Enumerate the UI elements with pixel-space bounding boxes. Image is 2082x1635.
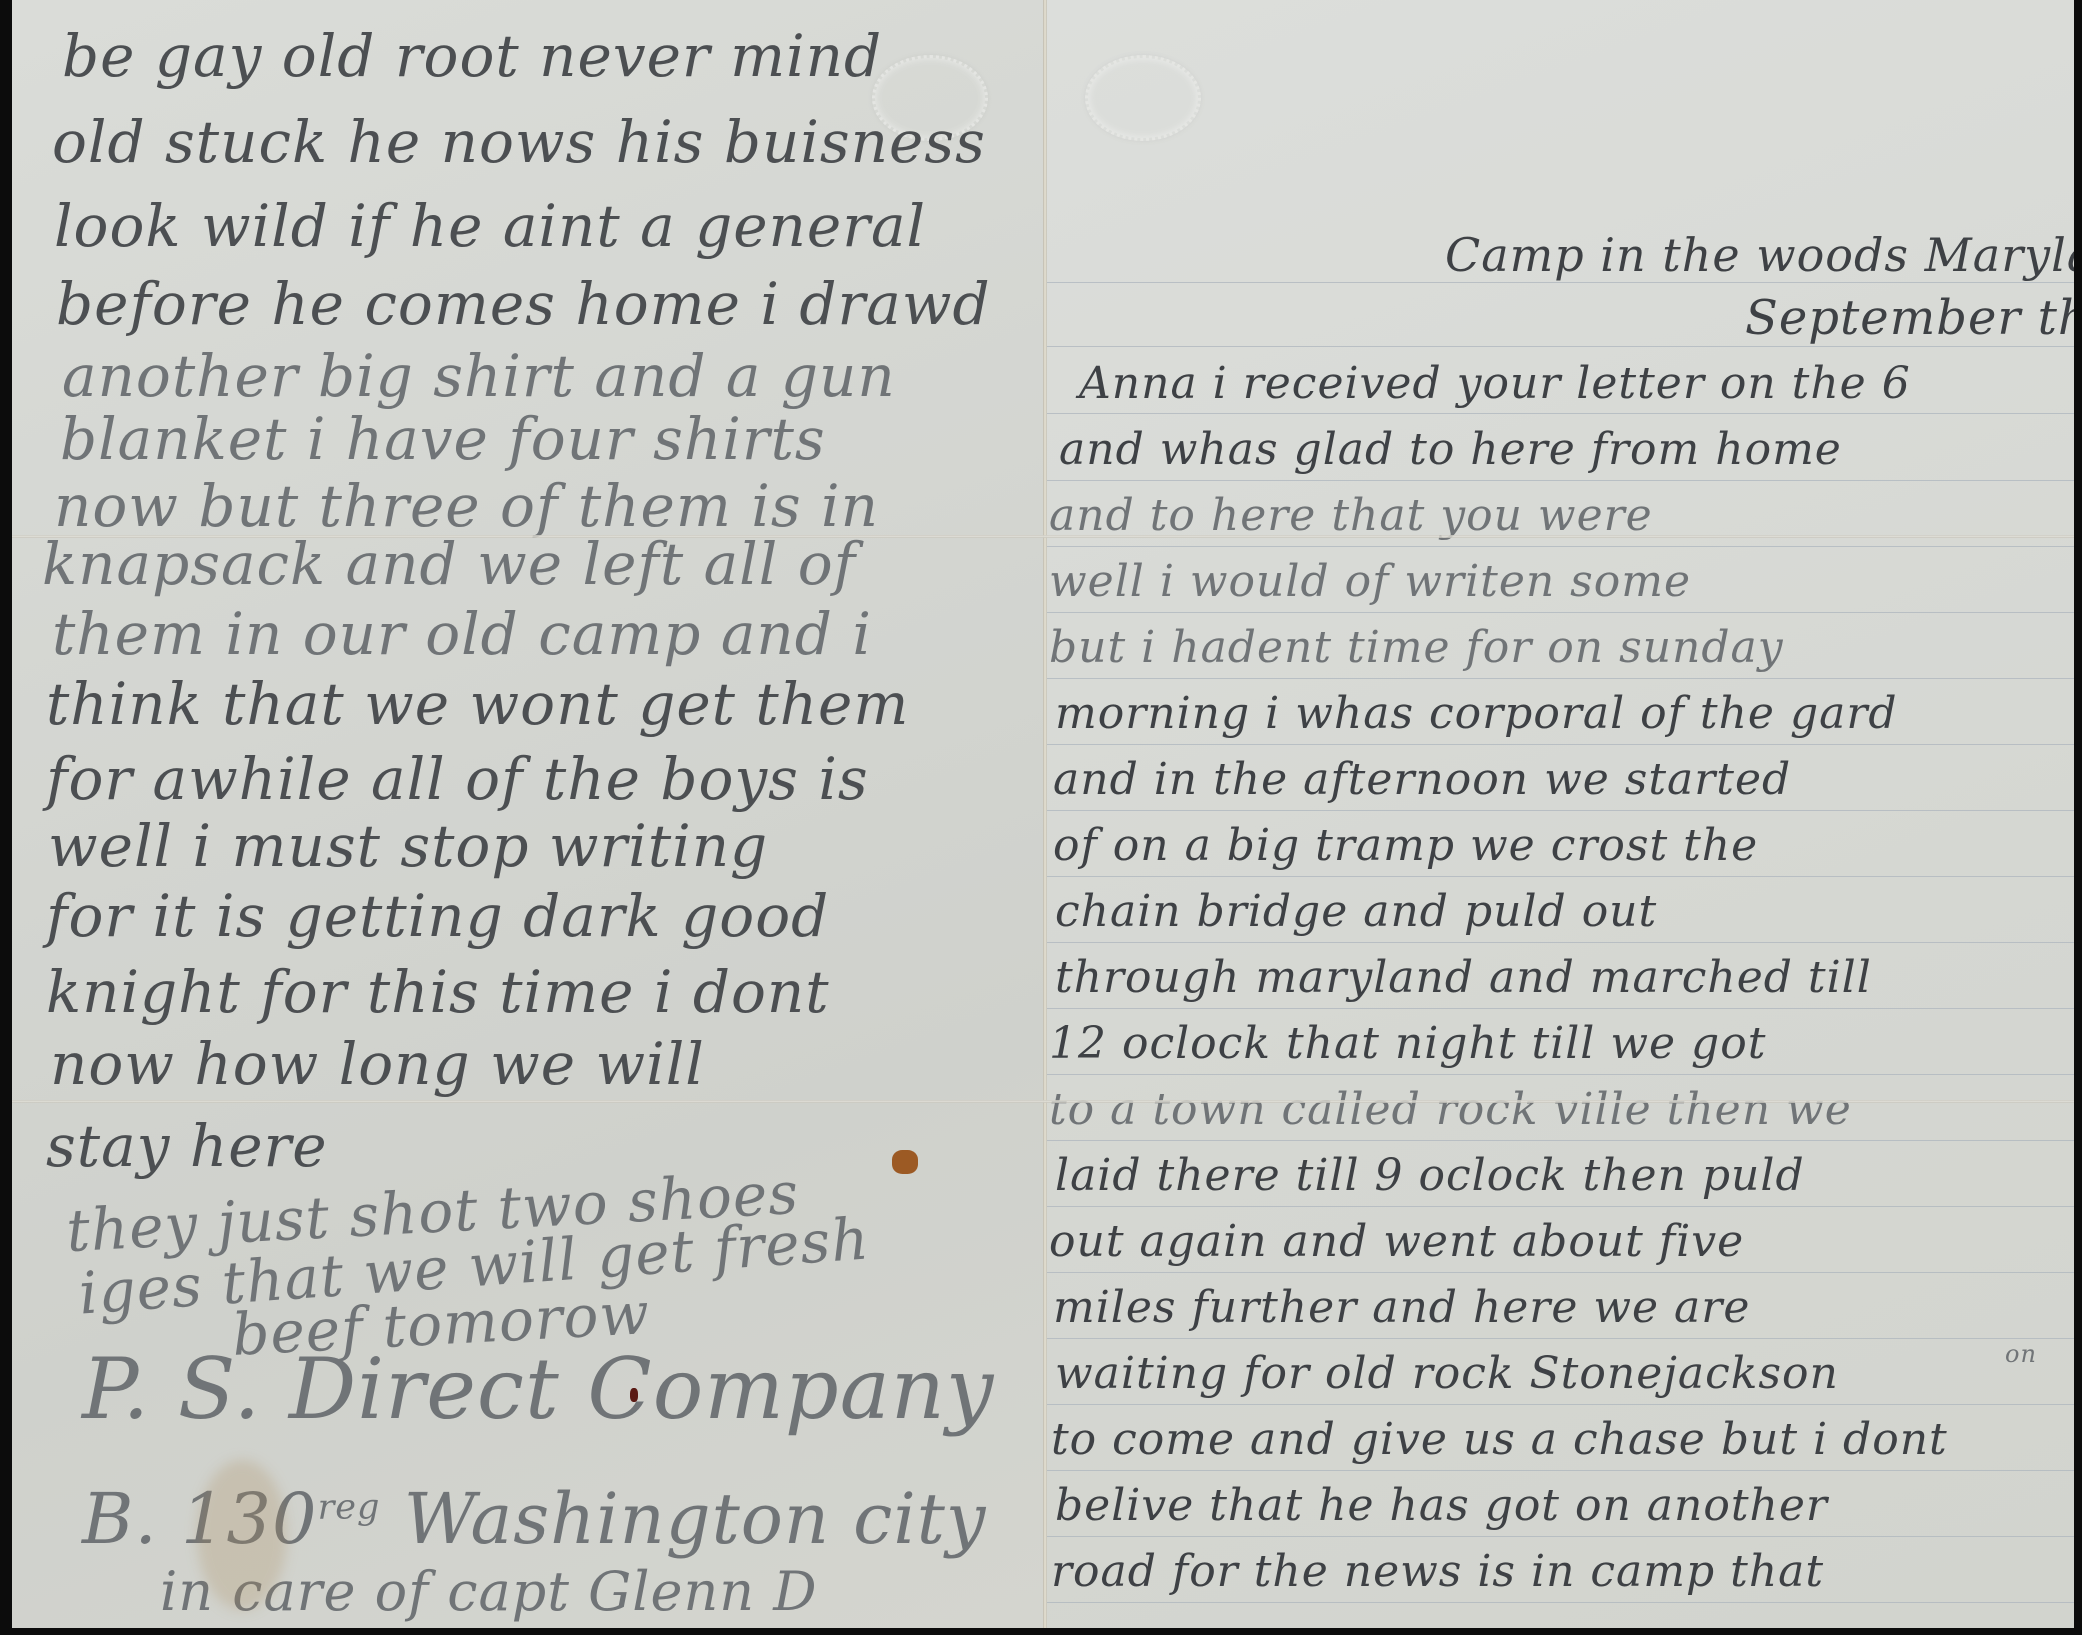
horizontal-fold-lower bbox=[12, 1100, 2074, 1103]
right-line-4: well i would of writen some bbox=[1049, 556, 1691, 607]
right-line-19: road for the news is in camp that bbox=[1051, 1546, 1824, 1597]
right-line-10: through maryland and marched till bbox=[1055, 952, 1872, 1003]
right-line-9: chain bridge and puld out bbox=[1055, 886, 1657, 937]
left-line-8: knapsack and we left all of bbox=[42, 530, 856, 598]
rule-line bbox=[1045, 1602, 2074, 1603]
letter-sheet: be gay old root never mind old stuck he … bbox=[12, 0, 2074, 1628]
right-line-16: waiting for old rock Stonejackson bbox=[1055, 1348, 1839, 1399]
letter-place-heading: Camp in the woods Maryland bbox=[1445, 228, 2074, 282]
right-line-7: and in the afternoon we started bbox=[1053, 754, 1791, 805]
rule-line bbox=[1045, 942, 2074, 943]
rule-line bbox=[1045, 744, 2074, 745]
address-regiment-sup: reg bbox=[318, 1488, 381, 1528]
address-city: Washington city bbox=[404, 1478, 987, 1560]
right-line-2: and whas glad to here from home bbox=[1059, 424, 1842, 475]
rule-line bbox=[1045, 1140, 2074, 1141]
left-line-10: think that we wont get them bbox=[46, 670, 909, 738]
left-line-12: well i must stop writing bbox=[48, 812, 768, 880]
rule-line bbox=[1045, 810, 2074, 811]
rule-line bbox=[1045, 612, 2074, 613]
horizontal-fold-upper bbox=[12, 535, 2074, 538]
rule-line bbox=[1045, 1074, 2074, 1075]
right-page: Camp in the woods Maryland September the… bbox=[1045, 0, 2074, 1628]
left-line-9: them in our old camp and i bbox=[52, 600, 872, 668]
right-line-3: and to here that you were bbox=[1049, 490, 1653, 541]
embossed-seal-right bbox=[1085, 55, 1201, 141]
ink-dot bbox=[630, 1388, 638, 1402]
letter-date: September the 9th bbox=[1745, 290, 2074, 346]
rule-line bbox=[1045, 413, 2074, 414]
rule-line bbox=[1045, 346, 2074, 347]
left-line-1: be gay old root never mind bbox=[62, 22, 882, 90]
right-line-18: belive that he has got on another bbox=[1055, 1480, 1828, 1531]
rule-line bbox=[1045, 1470, 2074, 1471]
address-line-1: P. S. Direct Company bbox=[82, 1340, 994, 1438]
right-line-8: of on a big tramp we crost the bbox=[1053, 820, 1758, 871]
water-stain bbox=[197, 1460, 287, 1610]
rule-line bbox=[1045, 546, 2074, 547]
ink-stain bbox=[892, 1150, 918, 1174]
rule-line bbox=[1045, 480, 2074, 481]
right-line-13: laid there till 9 oclock then puld bbox=[1055, 1150, 1805, 1201]
left-line-5: another big shirt and a gun bbox=[62, 342, 896, 410]
inserted-word: on bbox=[2005, 1340, 2037, 1368]
right-line-15: miles further and here we are bbox=[1053, 1282, 1750, 1333]
left-line-6: blanket i have four shirts bbox=[60, 405, 826, 473]
left-line-11: for awhile all of the boys is bbox=[46, 745, 869, 813]
left-line-16: stay here bbox=[46, 1112, 328, 1180]
left-line-13: for it is getting dark good bbox=[46, 882, 829, 950]
left-line-15: now how long we will bbox=[50, 1030, 705, 1098]
rule-line bbox=[1045, 876, 2074, 877]
right-line-5: but i hadent time for on sunday bbox=[1049, 622, 1784, 673]
left-line-14: knight for this time i dont bbox=[46, 958, 830, 1026]
rule-line bbox=[1045, 678, 2074, 679]
rule-line bbox=[1045, 282, 2074, 283]
left-line-3: look wild if he aint a general bbox=[54, 192, 926, 260]
right-line-14: out again and went about five bbox=[1049, 1216, 1744, 1267]
rule-line bbox=[1045, 1272, 2074, 1273]
rule-line bbox=[1045, 1206, 2074, 1207]
left-line-4: before he comes home i drawd bbox=[56, 270, 991, 338]
right-line-12: to a town called rock ville then we bbox=[1049, 1084, 1852, 1135]
right-line-17: to come and give us a chase but i dont bbox=[1051, 1414, 1948, 1465]
rule-line bbox=[1045, 1404, 2074, 1405]
left-line-2: old stuck he nows his buisness bbox=[52, 108, 986, 176]
rule-line bbox=[1045, 1536, 2074, 1537]
left-page: be gay old root never mind old stuck he … bbox=[12, 0, 1045, 1628]
right-line-6: morning i whas corporal of the gard bbox=[1055, 688, 1898, 739]
right-line-1: Anna i received your letter on the 6 bbox=[1079, 358, 1911, 409]
center-fold bbox=[1043, 0, 1047, 1628]
letter-date-text: September the 9 bbox=[1745, 290, 2074, 346]
rule-line bbox=[1045, 1338, 2074, 1339]
rule-line bbox=[1045, 1008, 2074, 1009]
right-line-11: 12 oclock that night till we got bbox=[1049, 1018, 1766, 1069]
